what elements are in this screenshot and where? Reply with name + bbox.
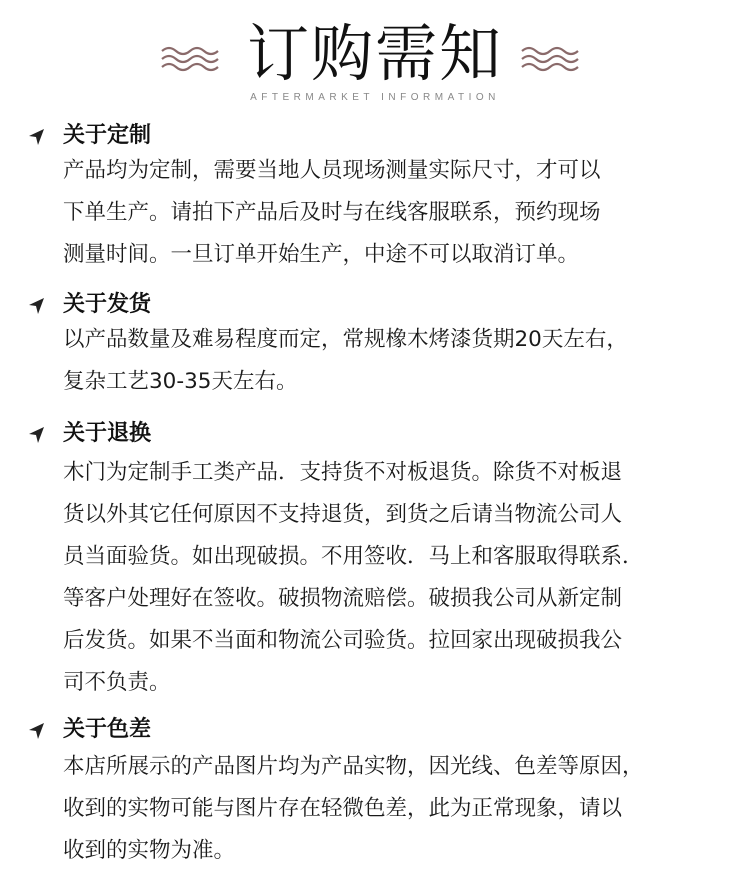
- wave-decoration-icon: [520, 45, 580, 77]
- section-body: 以产品数量及难易程度而定，常规橡木烤漆货期20天左右， 复杂工艺30-35天左右…: [63, 319, 713, 403]
- body-line: 员当面验货。如出现破损。不用签收．马上和客服取得联系．: [63, 536, 713, 578]
- body-line: 测量时间。一旦订单开始生产，中途不可以取消订单。: [63, 234, 713, 276]
- arrow-pointer-icon: [28, 426, 46, 444]
- section-body: 产品均为定制，需要当地人员现场测量实际尺寸，才可以 下单生产。请拍下产品后及时与…: [63, 150, 713, 276]
- arrow-pointer-icon: [28, 297, 46, 315]
- arrow-pointer-icon: [28, 128, 46, 146]
- section-returns: 关于退换 木门为定制手工类产品．支持货不对板退货。除货不对板退 货以外其它任何原…: [0, 418, 750, 450]
- page-subtitle: AFTERMARKET INFORMATION: [0, 92, 750, 103]
- section-title: 关于退换: [63, 418, 151, 450]
- body-line: 木门为定制手工类产品．支持货不对板退货。除货不对板退: [63, 452, 713, 494]
- section-body: 本店所展示的产品图片均为产品实物，因光线、色差等原因， 收到的实物可能与图片存在…: [63, 746, 713, 872]
- page-title: 订购需知: [0, 14, 750, 94]
- section-title: 关于定制: [63, 120, 151, 152]
- section-title: 关于色差: [63, 714, 151, 746]
- body-line: 下单生产。请拍下产品后及时与在线客服联系，预约现场: [63, 192, 713, 234]
- arrow-pointer-icon: [28, 722, 46, 740]
- section-color-difference: 关于色差 本店所展示的产品图片均为产品实物，因光线、色差等原因， 收到的实物可能…: [0, 714, 750, 746]
- body-line: 产品均为定制，需要当地人员现场测量实际尺寸，才可以: [63, 150, 713, 192]
- body-line: 本店所展示的产品图片均为产品实物，因光线、色差等原因，: [63, 746, 713, 788]
- header: 订购需知 AFTERMARKET INFORMATION: [0, 0, 750, 110]
- body-line: 收到的实物为准。: [63, 830, 713, 872]
- body-line: 收到的实物可能与图片存在轻微色差，此为正常现象，请以: [63, 788, 713, 830]
- body-line: 后发货。如果不当面和物流公司验货。拉回家出现破损我公: [63, 620, 713, 662]
- body-line: 货以外其它任何原因不支持退货，到货之后请当物流公司人: [63, 494, 713, 536]
- section-body: 木门为定制手工类产品．支持货不对板退货。除货不对板退 货以外其它任何原因不支持退…: [63, 452, 713, 704]
- section-title: 关于发货: [63, 289, 151, 321]
- body-line: 复杂工艺30-35天左右。: [63, 361, 713, 403]
- body-line: 司不负责。: [63, 662, 713, 704]
- section-shipping: 关于发货 以产品数量及难易程度而定，常规橡木烤漆货期20天左右， 复杂工艺30-…: [0, 289, 750, 321]
- body-line: 以产品数量及难易程度而定，常规橡木烤漆货期20天左右，: [63, 319, 713, 361]
- section-customization: 关于定制 产品均为定制，需要当地人员现场测量实际尺寸，才可以 下单生产。请拍下产…: [0, 120, 750, 152]
- body-line: 等客户处理好在签收。破损物流赔偿。破损我公司从新定制: [63, 578, 713, 620]
